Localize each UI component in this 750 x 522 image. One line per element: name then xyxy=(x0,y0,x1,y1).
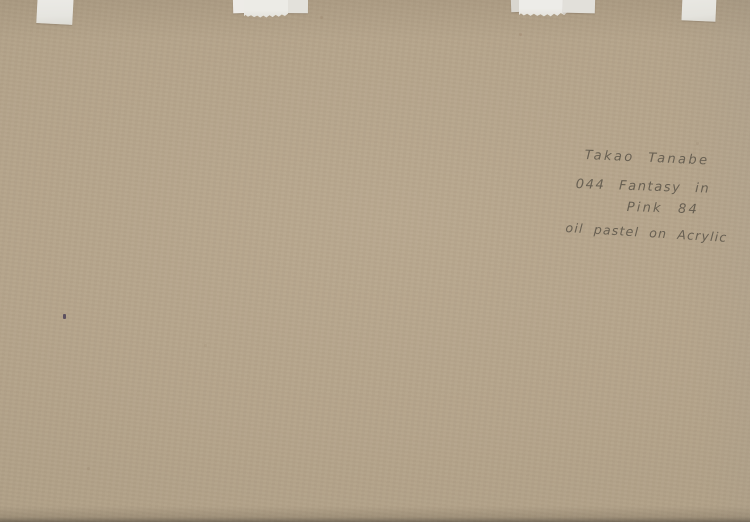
paper-blemishes xyxy=(0,0,1,1)
tape-piece xyxy=(36,0,73,25)
tape-piece xyxy=(681,0,716,22)
artwork-verso-photo: Takao Tanabe 044 Fantasy in Pink 84 oil … xyxy=(0,0,750,522)
tape-piece xyxy=(563,0,595,13)
inscription-title-continued: Pink 84 xyxy=(626,200,699,218)
ink-fleck xyxy=(63,314,66,319)
paper-sheet xyxy=(0,0,750,522)
